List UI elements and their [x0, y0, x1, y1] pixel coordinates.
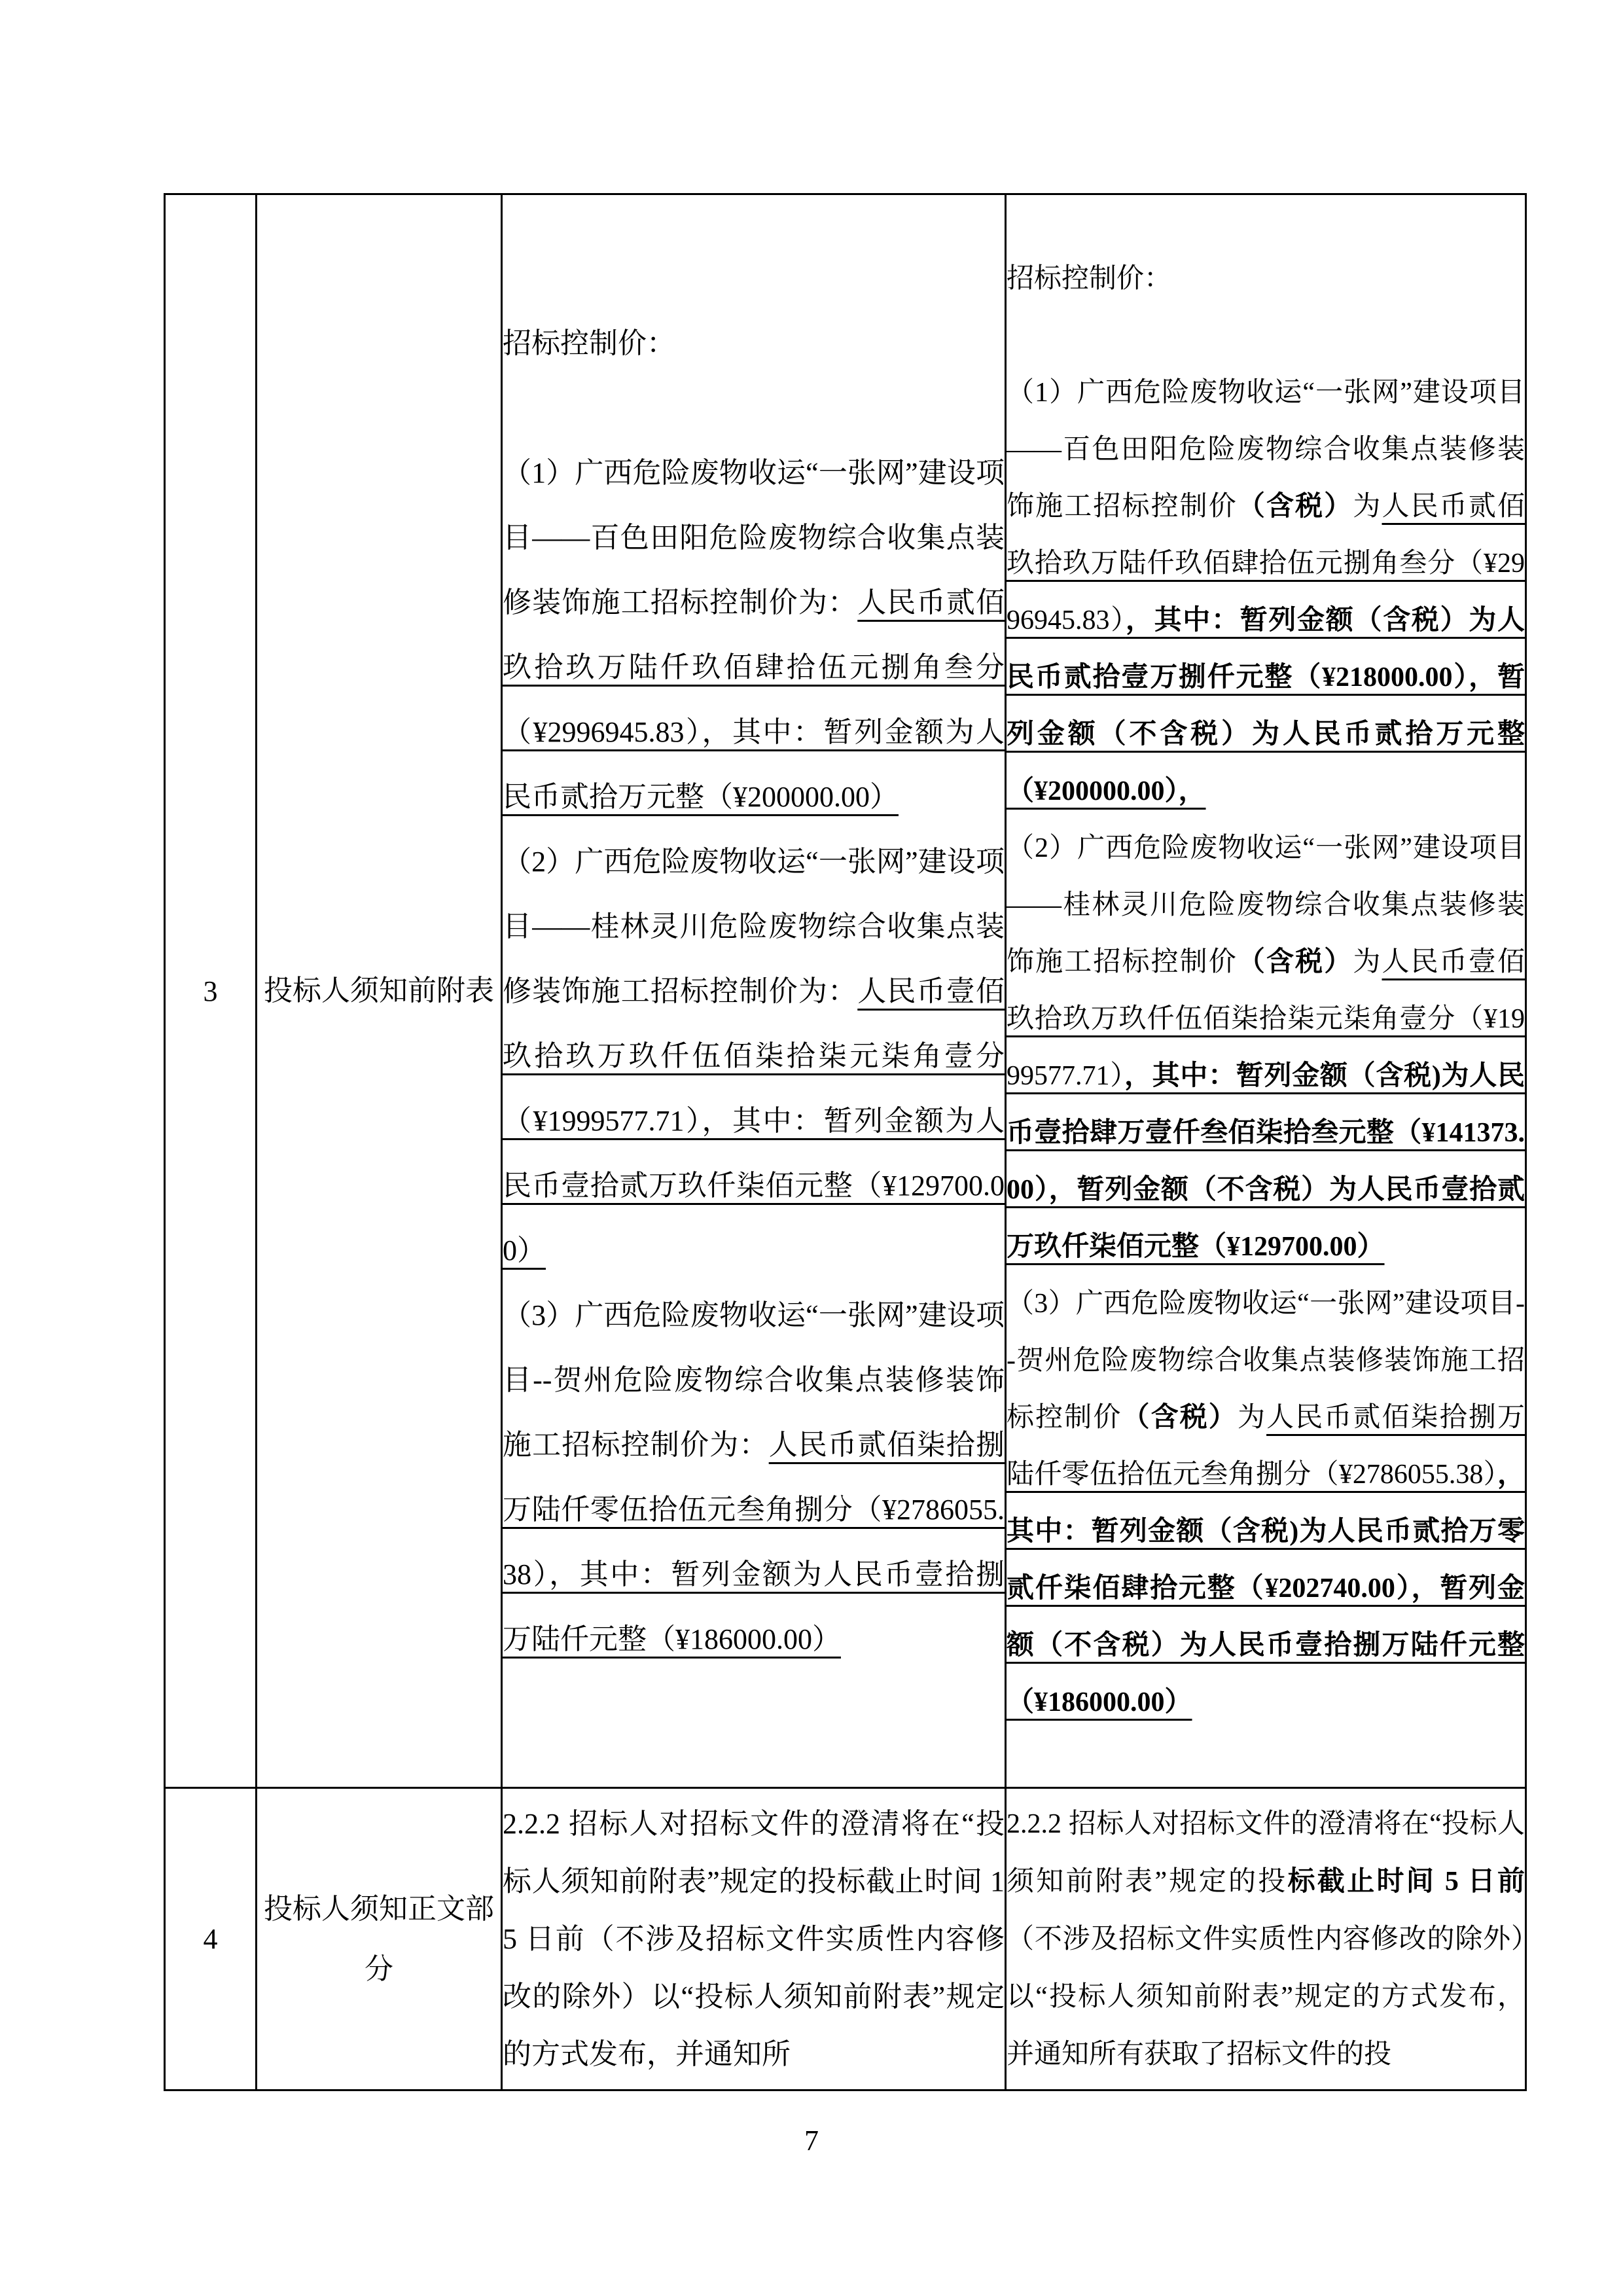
bold-deadline-text: 标截止时间 5 日前 — [1288, 1867, 1525, 1897]
table-row-3: 3 投标人须知前附表 招标控制价： （1）广西危险废物收运“一张网”建设项目——… — [165, 194, 1526, 1788]
paragraph: （3）广西危险废物收运“一张网”建设项目--贺州危险废物综合收集点装修装饰施工招… — [503, 1283, 1005, 1672]
left-text-cell: 2.2.2 招标人对招标文件的澄清将在“投标人须知前附表”规定的投标截止时间 1… — [502, 1788, 1006, 2090]
left-text-cell: 招标控制价： （1）广西危险废物收运“一张网”建设项目——百色田阳危险废物综合收… — [502, 194, 1006, 1788]
bold-underlined-amount-text: ，其中：暂列金额（含税)为人民币壹拾肆万壹仟叁佰柒拾叁元整（¥141373.00… — [1007, 1061, 1525, 1262]
table-row-4: 4 投标人须知正文部分 2.2.2 招标人对招标文件的澄清将在“投标人须知前附表… — [165, 1788, 1526, 2090]
document-page: 3 投标人须知前附表 招标控制价： （1）广西危险废物收运“一张网”建设项目——… — [0, 0, 1623, 2296]
bold-underlined-amount-text: ，其中：暂列金额（含税)为人民币贰拾万零贰仟柒佰肆拾元整（¥202740.00）… — [1007, 1460, 1525, 1717]
paragraph: 2.2.2 招标人对招标文件的澄清将在“投标人须知前附表”规定的投标截止时间 1… — [503, 1795, 1005, 2083]
right-text-cell: 2.2.2 招标人对招标文件的澄清将在“投标人须知前附表”规定的投标截止时间 5… — [1006, 1788, 1526, 2090]
paragraph: （2）广西危险废物收运“一张网”建设项目——桂林灵川危险废物综合收集点装修装饰施… — [503, 829, 1005, 1283]
text-segment: 为 — [1238, 1403, 1266, 1433]
row-label: 投标人须知前附表 — [264, 975, 494, 1007]
bold-underlined-amount-text: ，其中：暂列金额（含税）为人民币贰拾壹万捌仟元整（¥218000.00），暂列金… — [1007, 605, 1525, 806]
paragraph: 2.2.2 招标人对招标文件的澄清将在“投标人须知前附表”规定的投标截止时间 5… — [1007, 1795, 1525, 2083]
text-segment: 2.2.2 招标人对招标文件的澄清将在“投标人须知前附表”规定的投标截止时间 1… — [503, 1808, 1005, 2070]
underlined-amount-text: 人民币贰佰柒拾捌万陆仟零伍拾伍元叁角捌分（¥2786055.38），其中：暂列金… — [503, 1429, 1005, 1655]
text-segment: 招标控制价： — [503, 327, 675, 359]
right-text-cell: 招标控制价： （1）广西危险废物收运“一张网”建设项目——百色田阳危险废物综合收… — [1006, 194, 1526, 1788]
page-number: 7 — [0, 2124, 1623, 2157]
row-number: 4 — [204, 1923, 218, 1955]
bold-tax-note: （含税） — [1238, 492, 1353, 522]
row-label-cell: 投标人须知正文部分 — [257, 1788, 502, 2090]
row-number: 3 — [204, 975, 218, 1007]
tender-comparison-table: 3 投标人须知前附表 招标控制价： （1）广西危险废物收运“一张网”建设项目——… — [164, 193, 1527, 2091]
paragraph: （3）广西危险废物收运“一张网”建设项目--贺州危险废物综合收集点装修装饰施工招… — [1007, 1276, 1525, 1731]
text-segment: 为 — [1353, 947, 1382, 977]
paragraph: 招标控制价： — [1007, 251, 1525, 308]
row-number-cell: 4 — [165, 1788, 257, 2090]
paragraph: （1）广西危险废物收运“一张网”建设项目——百色田阳危险废物综合收集点装修装饰施… — [503, 440, 1005, 829]
underlined-amount-text: 人民币贰佰玖拾玖万陆仟玖佰肆拾伍元捌角叁分（¥2996945.83），其中：暂列… — [503, 586, 1005, 813]
paragraph: （1）广西危险废物收运“一张网”建设项目——百色田阳危险废物综合收集点装修装饰施… — [1007, 365, 1525, 820]
row-label: 投标人须知正文部分 — [264, 1893, 494, 1985]
bold-tax-note: （含税） — [1238, 947, 1353, 977]
text-segment: 为 — [1353, 492, 1382, 522]
paragraph: 招标控制价： — [503, 311, 1005, 376]
text-segment: （不涉及招标文件实质性内容修改的除外）以“投标人须知前附表”规定的方式发布，并通… — [1007, 1924, 1525, 2070]
underlined-amount-text: 人民币壹佰玖拾玖万玖仟伍佰柒拾柒元柒角壹分（¥1999577.71），其中：暂列… — [503, 975, 1005, 1266]
text-segment: 招标控制价： — [1007, 264, 1171, 294]
row-number-cell: 3 — [165, 194, 257, 1788]
paragraph: （2）广西危险废物收运“一张网”建设项目——桂林灵川危险废物综合收集点装修装饰施… — [1007, 820, 1525, 1276]
bold-tax-note: （含税） — [1122, 1403, 1237, 1433]
row-label-cell: 投标人须知前附表 — [257, 194, 502, 1788]
